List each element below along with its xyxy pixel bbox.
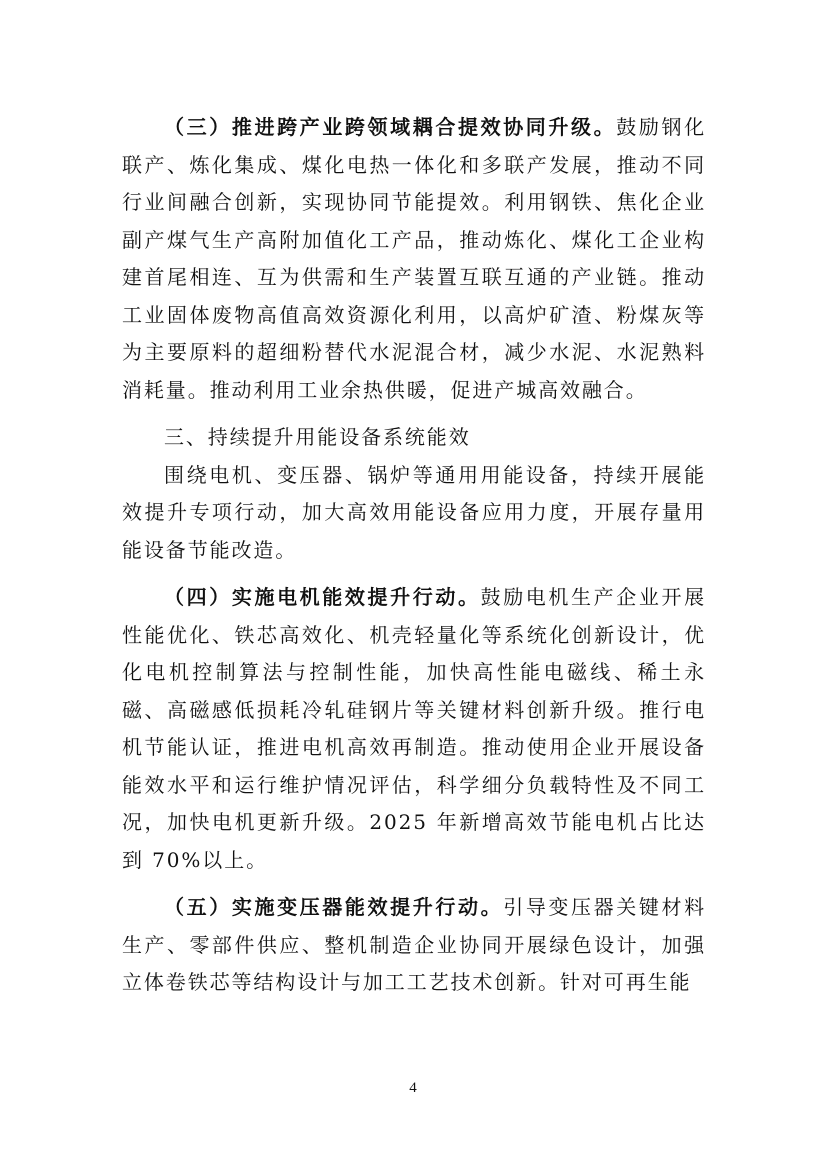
document-page: （三）推进跨产业跨领域耦合提效协同升级。鼓励钢化联产、炼化集成、煤化电热一体化和… (0, 0, 826, 1169)
paragraph-section-3: （三）推进跨产业跨领域耦合提效协同升级。鼓励钢化联产、炼化集成、煤化电热一体化和… (122, 109, 706, 409)
paragraph-lead: （五）实施变压器能效提升行动。 (164, 895, 503, 919)
paragraph-section-5: （五）实施变压器能效提升行动。引导变压器关键材料生产、零部件供应、整机制造企业协… (122, 889, 706, 1002)
paragraph-text: 鼓励电机生产企业开展性能优化、铁芯高效化、机壳轻量化等系统化创新设计，优化电机控… (122, 585, 706, 872)
section-heading: 三、持续提升用能设备系统能效 (122, 419, 706, 457)
paragraph-section-4: （四）实施电机能效提升行动。鼓励电机生产企业开展性能优化、铁芯高效化、机壳轻量化… (122, 579, 706, 879)
paragraph-lead: （三）推进跨产业跨领域耦合提效协同升级。 (164, 115, 616, 139)
paragraph-text: 鼓励钢化联产、炼化集成、煤化电热一体化和多联产发展，推动不同行业间融合创新，实现… (122, 115, 706, 402)
paragraph-lead: （四）实施电机能效提升行动。 (164, 585, 481, 609)
page-number: 4 (0, 1080, 826, 1097)
paragraph-intro: 围绕电机、变压器、锅炉等通用用能设备，持续开展能效提升专项行动，加大高效用能设备… (122, 457, 706, 570)
paragraph-text: 围绕电机、变压器、锅炉等通用用能设备，持续开展能效提升专项行动，加大高效用能设备… (122, 463, 706, 562)
document-body: （三）推进跨产业跨领域耦合提效协同升级。鼓励钢化联产、炼化集成、煤化电热一体化和… (122, 109, 706, 1002)
